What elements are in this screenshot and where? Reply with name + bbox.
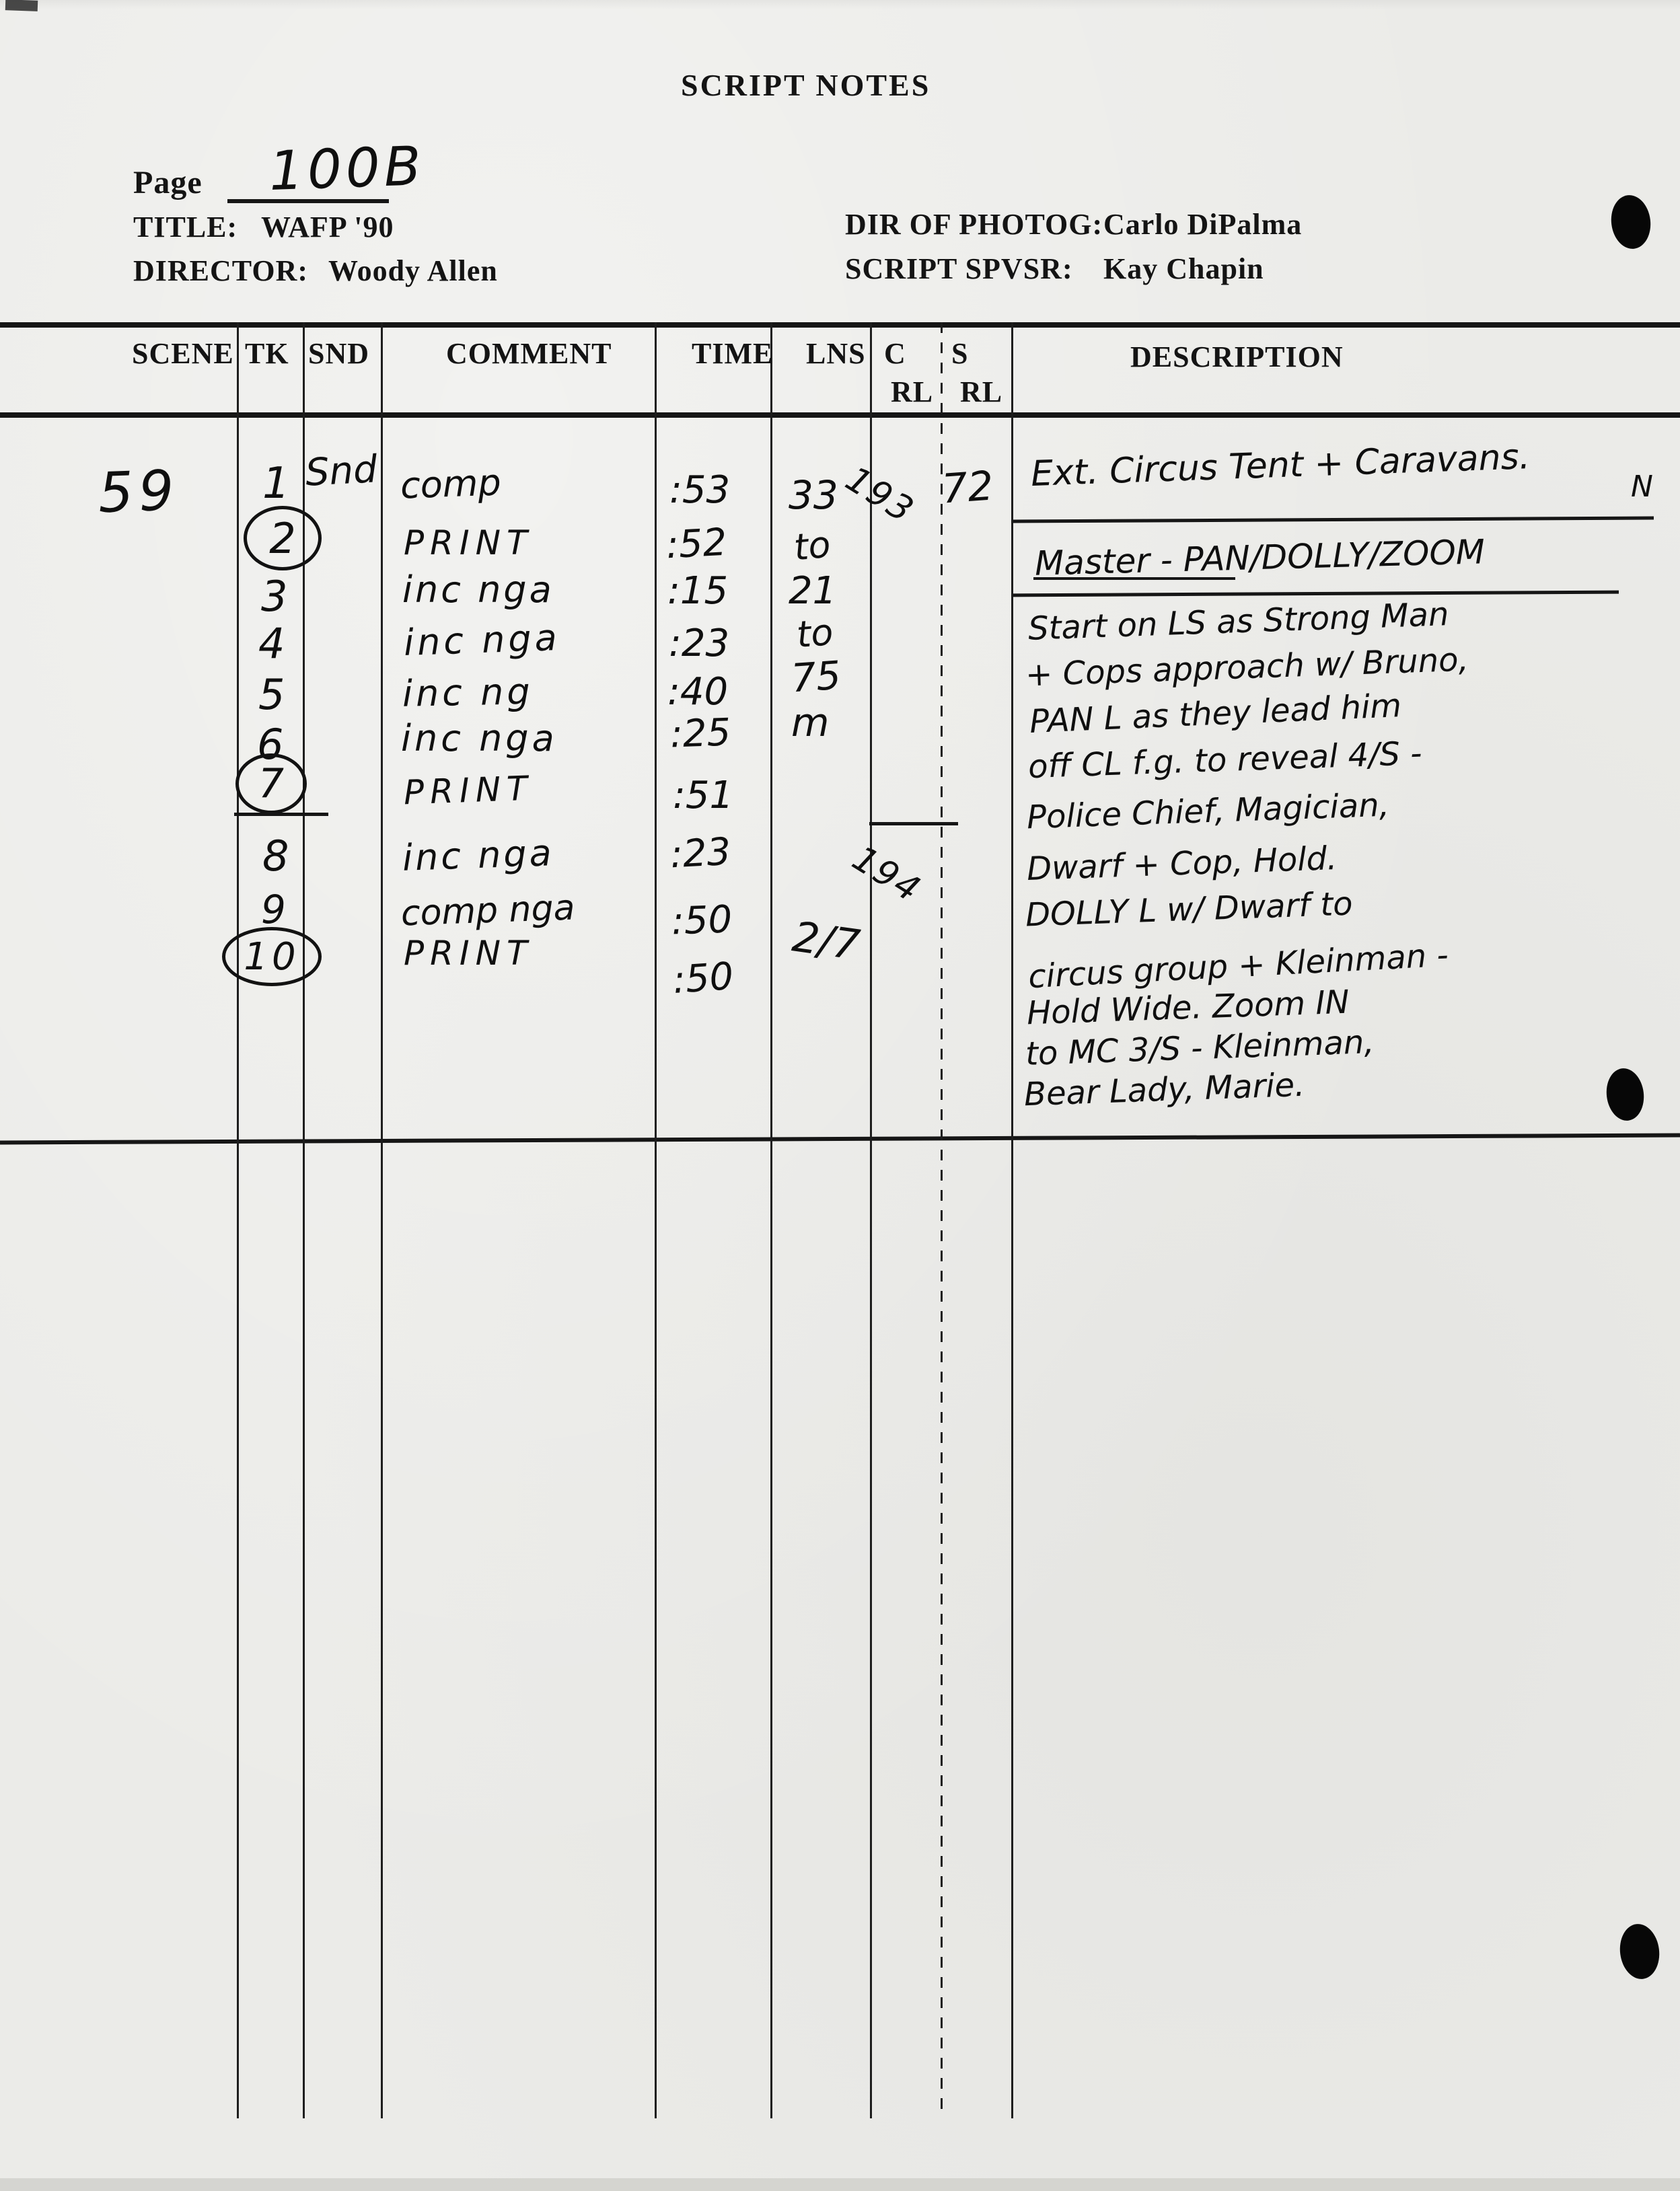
- take-7-circle: 7: [235, 753, 307, 814]
- description-line-1: Start on LS as Strong Man: [1027, 595, 1449, 648]
- description-shot-heading: Master - PAN/DOLLY/ZOOM: [1034, 532, 1485, 583]
- take-5-lns: 75: [790, 653, 842, 702]
- description-line-4: off CL f.g. to reveal 4/S -: [1027, 735, 1422, 786]
- description-slugline: Ext. Circus Tent + Caravans.: [1030, 437, 1531, 494]
- page-title: SCRIPT NOTES: [681, 67, 930, 103]
- supervisor-name: Kay Chapin: [1103, 252, 1264, 286]
- take-4-number: 4: [258, 619, 285, 668]
- title-label: TITLE:: [133, 210, 238, 244]
- col-header-description: DESCRIPTION: [1130, 340, 1344, 374]
- page-number-underline: [227, 199, 389, 203]
- take-2-circle: 2: [244, 506, 322, 570]
- col-header-snd: SND: [308, 336, 369, 371]
- sound-roll: 72: [941, 462, 995, 513]
- take-9-time: :50: [671, 897, 733, 943]
- take-10-time: :50: [671, 955, 735, 1002]
- take-3-number: 3: [261, 572, 287, 621]
- production-title: WAFP '90: [261, 210, 394, 244]
- take-2-comment: PRINT: [404, 523, 534, 562]
- col-header-c-rl: RL: [891, 375, 933, 409]
- col-header-comment: COMMENT: [446, 336, 612, 371]
- take-4-comment: inc nga: [403, 616, 561, 664]
- take-3-comment: inc nga: [402, 568, 554, 611]
- take-2-number: 2: [269, 514, 295, 563]
- take-9-lns: 2/7: [789, 912, 863, 969]
- col-header-lns: LNS: [806, 336, 866, 371]
- divider-crl-srl: [941, 322, 943, 2118]
- camera-roll-2: 194: [867, 838, 939, 879]
- take-7-number: 7: [258, 760, 284, 807]
- col-header-s-rl: RL: [960, 375, 1002, 409]
- col-header-scene: SCENE: [132, 336, 234, 371]
- take-1-time: :53: [669, 468, 730, 512]
- take-8-time: :23: [669, 830, 731, 877]
- divider-comment-time: [655, 322, 657, 2118]
- table-top-rule: [0, 322, 1680, 328]
- scene-number: 59: [97, 459, 180, 525]
- take-2-lns: to: [792, 523, 833, 568]
- take-4-lns: to: [795, 611, 835, 656]
- take-6-lns: m: [791, 700, 830, 745]
- description-line-3: PAN L as they lead him: [1029, 687, 1402, 741]
- take-9-comment: comp nga: [400, 888, 575, 934]
- divider-time-lns: [770, 322, 772, 2118]
- take-3-lns: 21: [789, 569, 836, 613]
- divider-snd-comment: [381, 322, 383, 2118]
- camera-roll-1: 193: [860, 459, 933, 499]
- take-8-comment: inc nga: [402, 831, 555, 879]
- scan-bottom-band: [0, 2178, 1680, 2191]
- photog-name: Carlo DiPalma: [1103, 207, 1302, 242]
- description-line-7: DOLLY L w/ Dwarf to: [1025, 885, 1353, 934]
- supervisor-label: SCRIPT SPVSR:: [845, 252, 1073, 286]
- take-5-time: :40: [667, 670, 728, 714]
- snd-note: Snd: [304, 447, 378, 494]
- take-10-circle: 10: [222, 927, 322, 986]
- shot-heading-underline: [1033, 577, 1235, 580]
- photog-label: DIR OF PHOTOG:: [845, 207, 1103, 242]
- col-header-s: S: [951, 336, 968, 371]
- description-line-5: Police Chief, Magician,: [1026, 786, 1390, 837]
- take-10-comment: PRINT: [404, 934, 534, 973]
- description-rule-2: [1013, 591, 1619, 597]
- scene-block-bottom-rule: [0, 1134, 1680, 1145]
- take-1-number: 1: [262, 459, 290, 509]
- scan-corner-mark: [5, 0, 38, 11]
- take-7-time: :51: [673, 774, 733, 817]
- description-line-6: Dwarf + Cop, Hold.: [1026, 840, 1338, 888]
- director-label: DIRECTOR:: [133, 254, 308, 288]
- divider-lns-crl: [870, 322, 872, 2118]
- director-name: Woody Allen: [328, 254, 498, 288]
- description-rule-1: [1013, 517, 1654, 523]
- take-4-time: :23: [669, 622, 729, 665]
- take-7-separator-tick: [234, 813, 328, 816]
- hole-punch-middle: [1603, 1066, 1646, 1123]
- divider-scene-tk: [237, 322, 239, 2118]
- take-6-time: :25: [669, 710, 731, 756]
- take-6-comment: inc nga: [401, 717, 558, 759]
- description-line-2: + Cops approach w/ Bruno,: [1025, 641, 1469, 694]
- take-2-time: :52: [665, 521, 727, 568]
- take-5-number: 5: [258, 670, 285, 719]
- hole-punch-top: [1608, 193, 1653, 251]
- page-label: Page: [133, 164, 203, 201]
- hole-punch-bottom: [1617, 1922, 1663, 1981]
- take-7-comment: PRINT: [403, 769, 534, 813]
- take-10-number: 10: [244, 935, 299, 979]
- description-time-of-day: N: [1631, 470, 1653, 504]
- script-notes-page: SCRIPT NOTES Page 100B TITLE: WAFP '90 D…: [0, 0, 1680, 2191]
- description-line-10: to MC 3/S - Kleinman,: [1025, 1023, 1375, 1073]
- col-header-c: C: [884, 336, 906, 371]
- camera-roll-separator-tick: [869, 822, 958, 825]
- take-8-number: 8: [262, 831, 289, 881]
- take-3-time: :15: [667, 569, 728, 613]
- description-line-11: Bear Lady, Marie.: [1023, 1066, 1305, 1114]
- take-1-lns: 33: [789, 472, 838, 518]
- col-header-tk: TK: [245, 336, 289, 371]
- divider-srl-description: [1011, 322, 1013, 2118]
- take-9-number: 9: [261, 887, 286, 932]
- page-number-handwritten: 100B: [268, 135, 426, 202]
- take-5-comment: inc ng: [402, 670, 534, 714]
- table-header-bottom-rule: [0, 412, 1680, 418]
- divider-tk-snd: [303, 322, 305, 2118]
- take-1-comment: comp: [400, 461, 502, 507]
- col-header-time: TIME: [692, 336, 773, 371]
